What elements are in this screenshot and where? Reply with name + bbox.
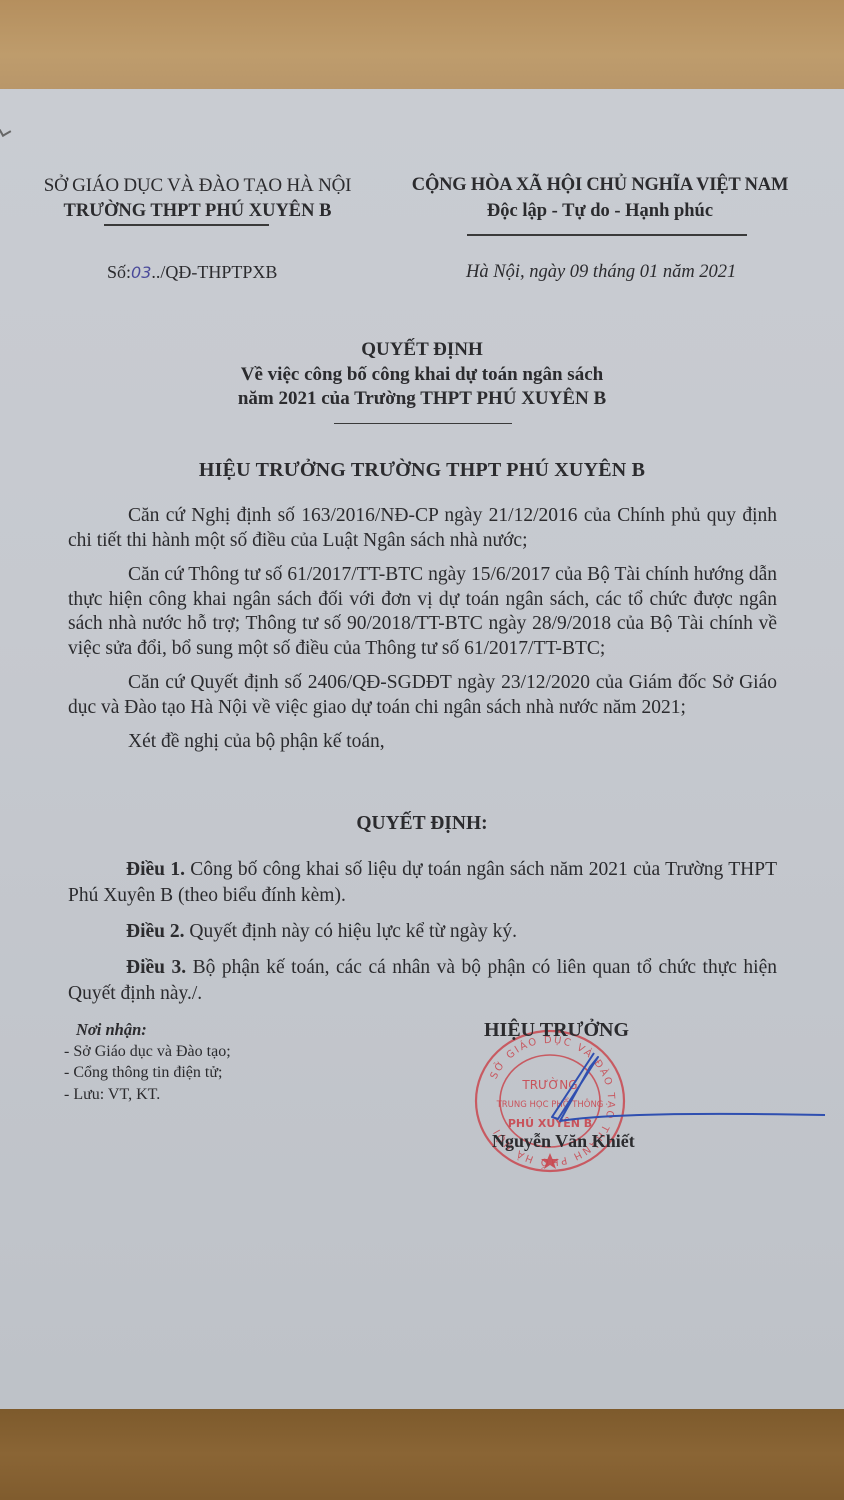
preamble-paragraph: Căn cứ Nghị định số 163/2016/NĐ-CP ngày … xyxy=(68,504,777,553)
preamble-paragraph: Căn cứ Thông tư số 61/2017/TT-BTC ngày 1… xyxy=(68,563,777,661)
document-number-prefix: Số: xyxy=(107,262,131,282)
document-title: QUYẾT ĐỊNH xyxy=(0,339,844,361)
article-label: Điều 2. xyxy=(126,921,185,942)
articles: Điều 1. Công bố công khai số liệu dự toá… xyxy=(68,857,777,1007)
decision-heading: QUYẾT ĐỊNH: xyxy=(0,813,844,835)
subject-line-1: Về việc công bố công khai dự toán ngân s… xyxy=(0,364,844,386)
school-name: TRƯỜNG THPT PHÚ XUYÊN B xyxy=(0,201,395,222)
title-separator xyxy=(334,423,512,424)
nation-title: CỘNG HÒA XÃ HỘI CHỦ NGHĨA VIỆT NAM xyxy=(375,175,825,196)
recipient-item: - Cổng thông tin điện tử; xyxy=(64,1062,231,1084)
agency-name: SỞ GIÁO DỤC VÀ ĐÀO TẠO HÀ NỘI xyxy=(0,175,395,197)
recipients-label: Nơi nhận: xyxy=(76,1019,231,1041)
preamble-paragraph: Căn cứ Quyết định số 2406/QĐ-SGDĐT ngày … xyxy=(68,671,777,720)
article-label: Điều 3. xyxy=(126,957,186,978)
document-number-handwritten: 03 xyxy=(131,263,151,282)
document-page: SỞ GIÁO DỤC VÀ ĐÀO TẠO HÀ NỘI TRƯỜNG THP… xyxy=(0,89,844,1409)
issuer-heading: HIỆU TRƯỞNG TRƯỜNG THPT PHÚ XUYÊN B xyxy=(0,459,844,482)
document-number: Số:03../QĐ-THPTPXB xyxy=(107,262,277,283)
preamble-paragraph: Xét đề nghị của bộ phận kế toán, xyxy=(68,730,777,755)
article-2: Điều 2. Quyết định này có hiệu lực kể từ… xyxy=(68,919,777,945)
signatory-name: Nguyễn Văn Khiết xyxy=(492,1131,635,1152)
article-3: Điều 3. Bộ phận kế toán, các cá nhân và … xyxy=(68,955,777,1007)
recipients-block: Nơi nhận: - Sở Giáo dục và Đào tạo; - Cổ… xyxy=(64,1019,231,1105)
motto-underline xyxy=(467,234,747,236)
article-1: Điều 1. Công bố công khai số liệu dự toá… xyxy=(68,857,777,909)
desk-surface-top xyxy=(0,0,844,92)
nation-motto: Độc lập - Tự do - Hạnh phúc xyxy=(375,201,825,222)
recipient-item: - Sở Giáo dục và Đào tạo; xyxy=(64,1041,231,1063)
desk-surface-bottom xyxy=(0,1408,844,1500)
document-number-suffix: ../QĐ-THPTPXB xyxy=(151,262,277,282)
preamble: Căn cứ Nghị định số 163/2016/NĐ-CP ngày … xyxy=(68,504,777,755)
article-label: Điều 1. xyxy=(126,859,185,880)
article-text: Quyết định này có hiệu lực kể từ ngày ký… xyxy=(185,921,518,942)
punch-mark xyxy=(0,125,11,137)
subject-line-2: năm 2021 của Trường THPT PHÚ XUYÊN B xyxy=(0,388,844,410)
school-underline xyxy=(104,224,269,226)
place-date: Hà Nội, ngày 09 tháng 01 năm 2021 xyxy=(466,262,736,283)
recipient-item: - Lưu: VT, KT. xyxy=(64,1084,231,1106)
